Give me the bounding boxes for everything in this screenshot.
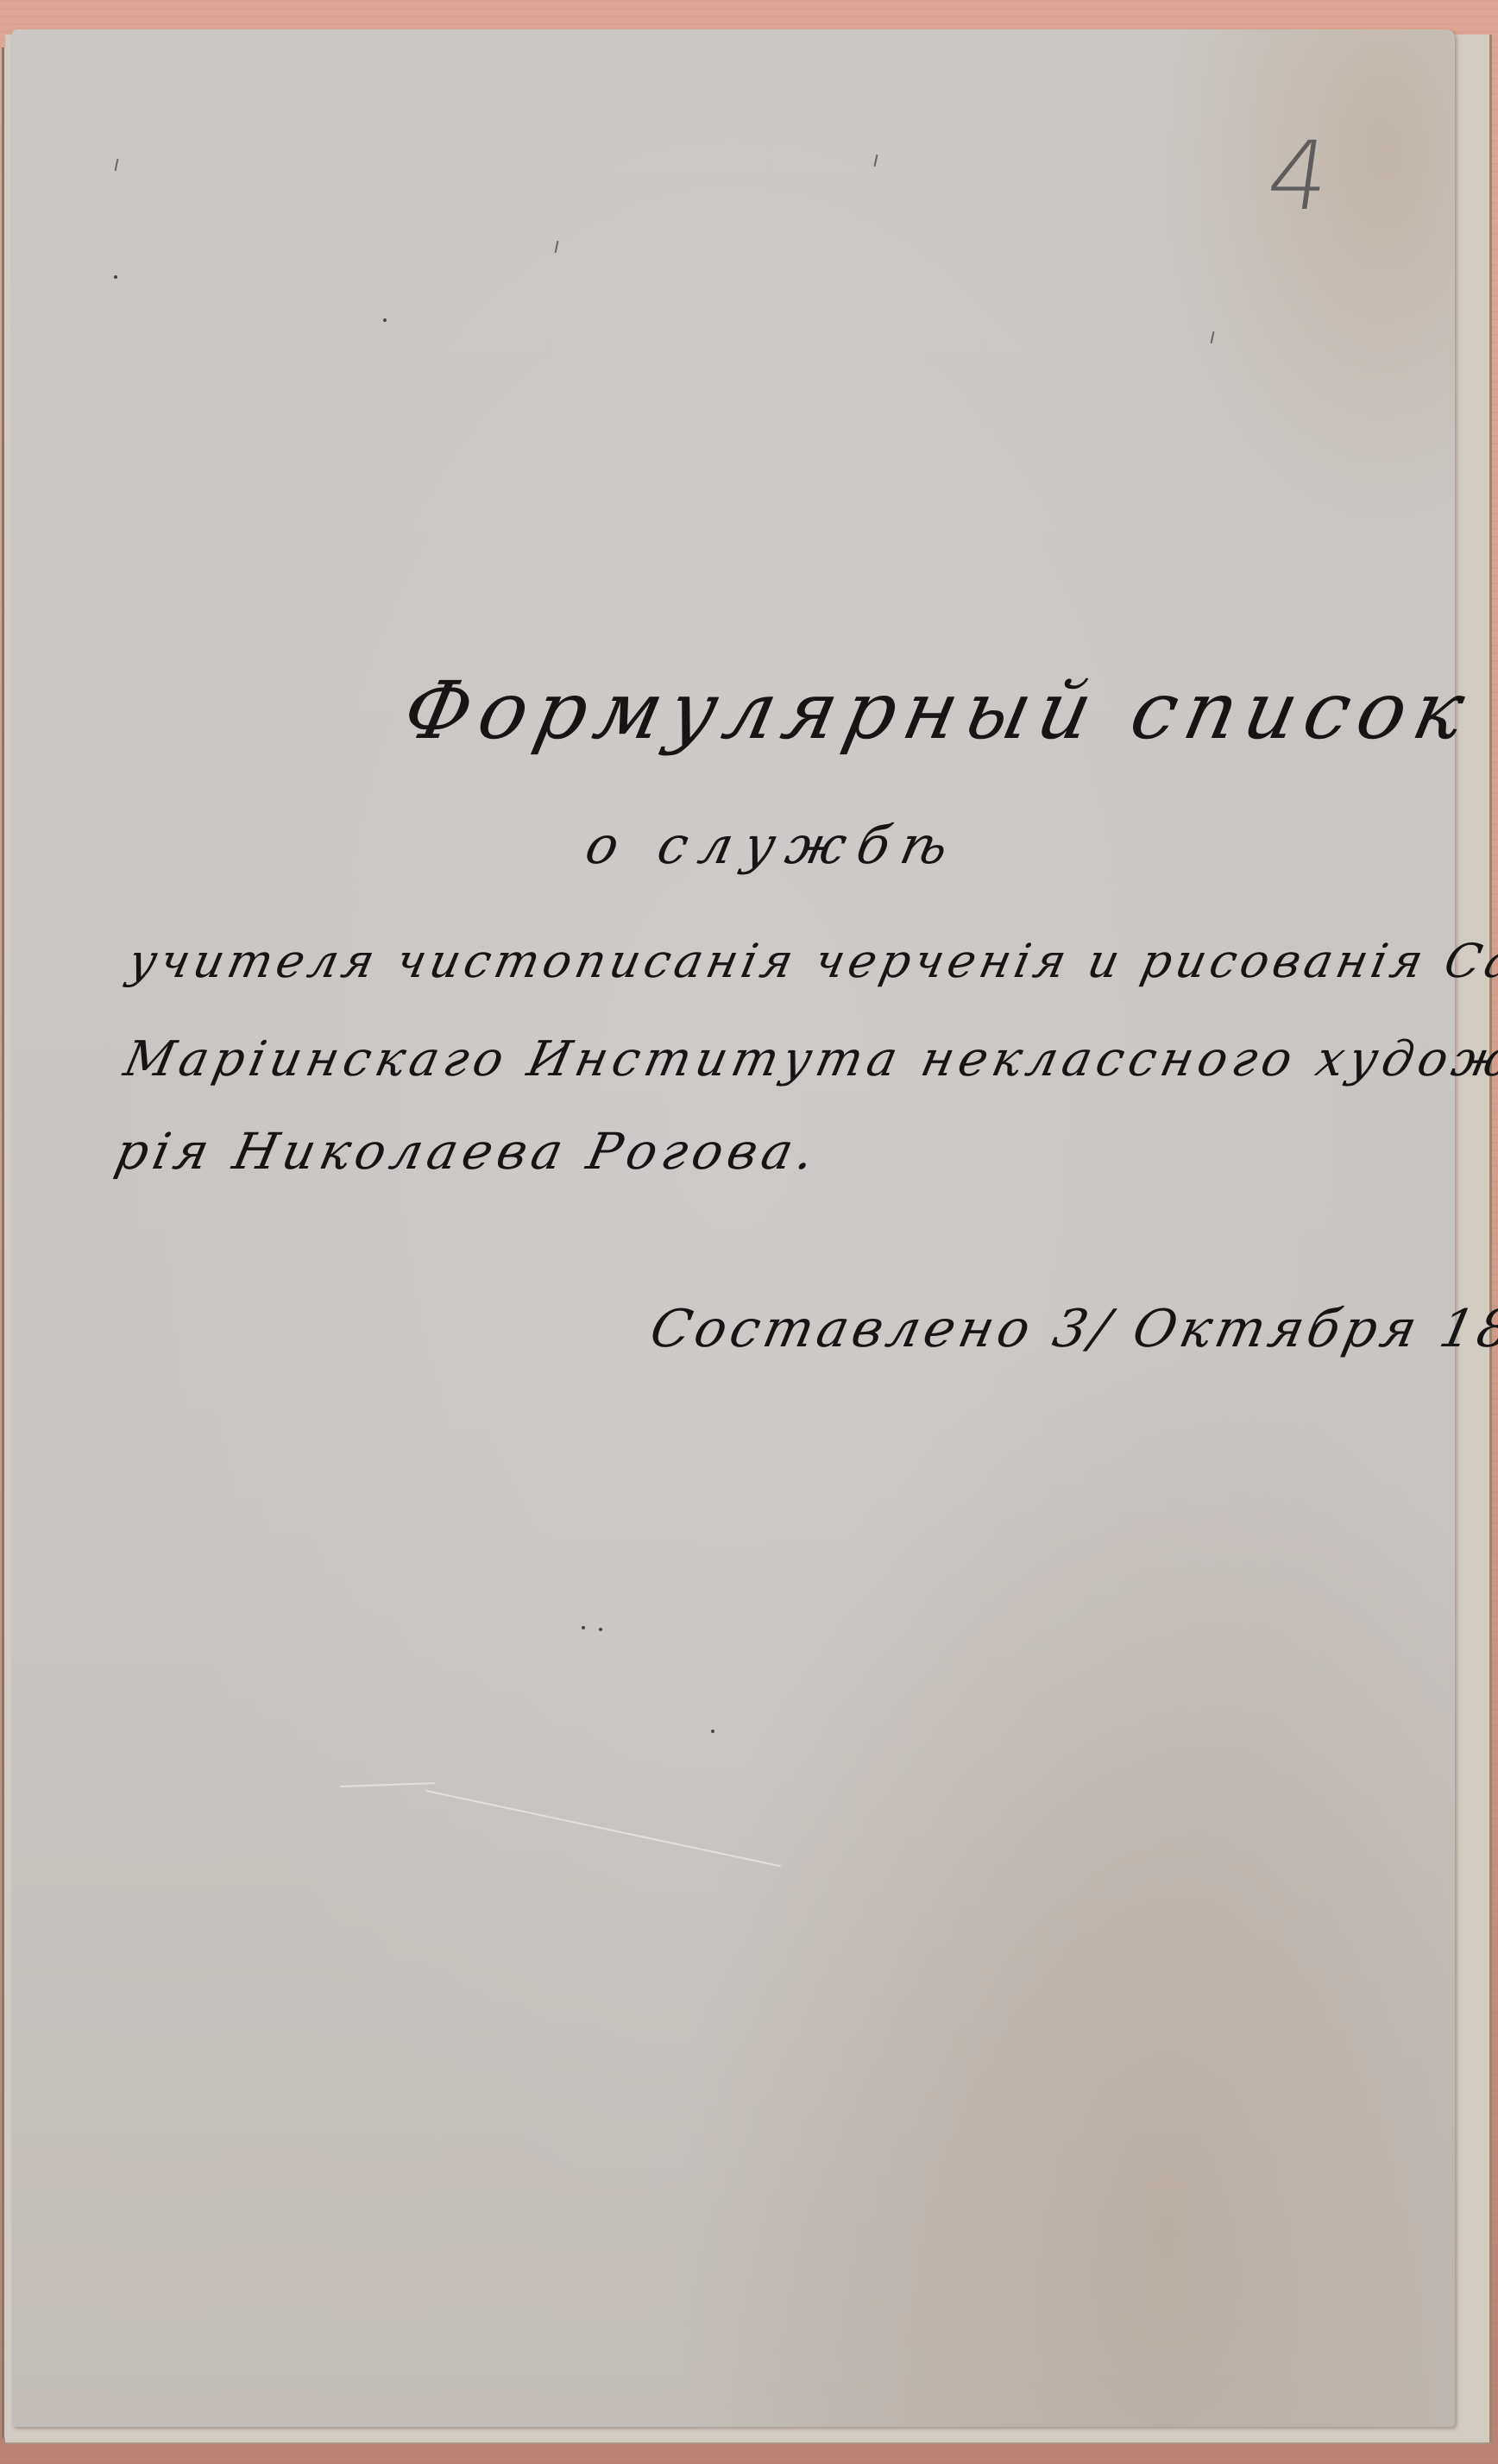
paper-speck (114, 275, 117, 279)
paper-speck (383, 318, 387, 322)
paper-speck (599, 1628, 602, 1631)
paper-speck (711, 1730, 714, 1733)
paper-scratch (874, 154, 878, 167)
body-line-3: рія Николаева Рогова. (110, 1122, 825, 1181)
body-line-2: Маріинскаго Института неклассного художн… (119, 1031, 1498, 1087)
paper-speck (582, 1626, 585, 1629)
document-page (12, 29, 1455, 2427)
body-line-1: учителя чистописанія черченія и рисовані… (123, 934, 1498, 988)
paper-scratch (555, 241, 559, 253)
paper-scratch (1211, 331, 1215, 343)
document-subtitle: о службѣ (581, 816, 966, 876)
paper-scratch (115, 159, 119, 171)
document-title: Формулярный список (396, 665, 1481, 757)
date-line: Составлено 3/ Октября 1864 г. (645, 1299, 1498, 1359)
paper-crease (340, 1782, 435, 1787)
paper-crease (426, 1790, 781, 1867)
